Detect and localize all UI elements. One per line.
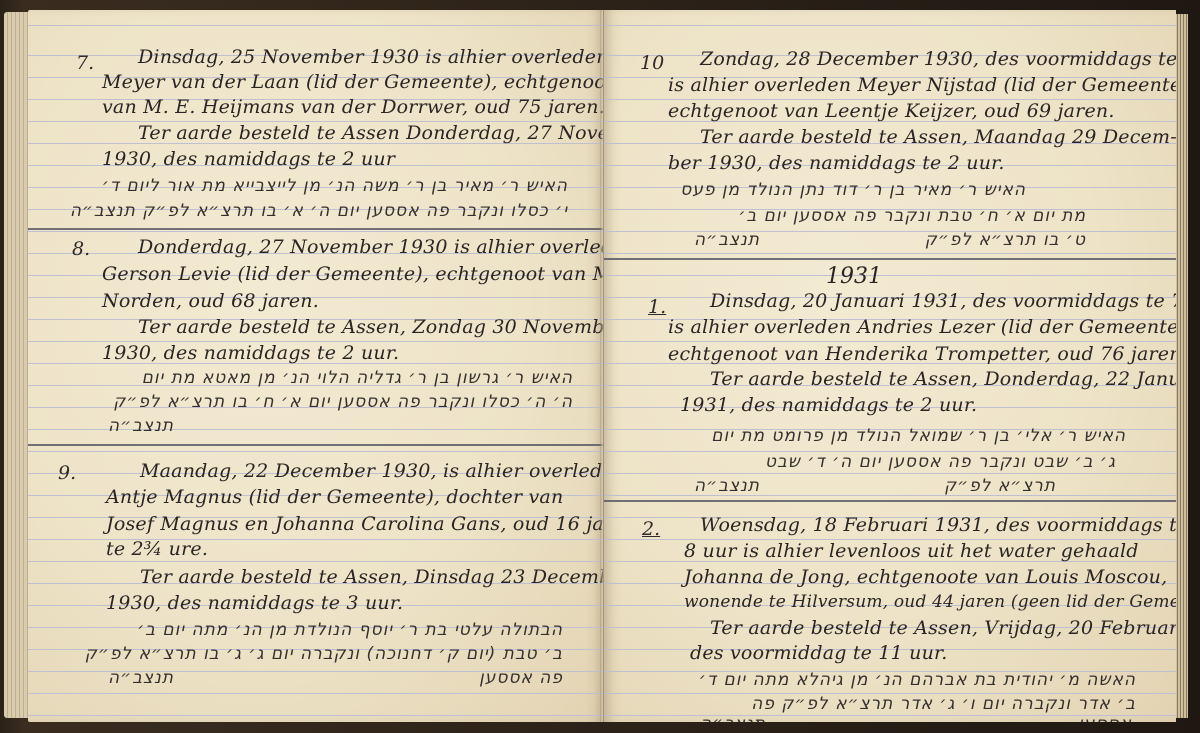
hebrew-line: ב׳ אדר ונקברה יום ו׳ ג׳ אדר תרצ״א לפ״ק פ… (751, 694, 1136, 714)
entry-line: 1930, des namiddags te 3 uur. (106, 592, 403, 614)
entry-line: Johanna de Jong, echtgenoote van Louis M… (684, 566, 1167, 588)
entry-line: echtgenoot van Leentje Keijzer, oud 69 j… (668, 100, 1115, 122)
entry-line: Dinsdag, 25 November 1930 is alhier over… (138, 46, 603, 68)
entry-line: Maandag, 22 December 1930, is alhier ove… (140, 460, 603, 482)
entry-divider (604, 258, 1176, 260)
entry-line: Ter aarde besteld te Assen Donderdag, 27… (138, 122, 603, 144)
hebrew-line: תנצב״ה (694, 476, 760, 496)
entry-line: Josef Magnus en Johanna Carolina Gans, o… (106, 513, 603, 535)
entry-line: Gerson Levie (lid der Gemeente), echtgen… (102, 263, 603, 285)
hebrew-line: תנצב״ה (700, 714, 766, 722)
entry-line: Norden, oud 68 jaren. (102, 290, 319, 312)
entry-number: 10 (640, 52, 664, 74)
entry-line: is alhier overleden Meyer Nijstad (lid d… (668, 74, 1176, 96)
hebrew-line: י׳ כסלו ונקבר פה אססען יום ה׳ א׳ בו תרצ״… (70, 201, 568, 221)
entry-line: Donderdag, 27 November 1930 is alhier ov… (138, 236, 603, 258)
entry-line: 1930, des namiddags te 2 uur. (102, 342, 399, 364)
hebrew-line: תנצב״ה (108, 668, 174, 688)
hebrew-line: אססען (1078, 714, 1132, 722)
hebrew-line: האיש ר׳ מאיר בן ר׳ דוד נתן הנולד מן פעס (680, 180, 1026, 200)
hebrew-line: האיש ר׳ גרשון בן ר׳ גדליה הלוי הנ׳ מן מא… (142, 368, 573, 388)
hebrew-line: פה אססען (479, 668, 563, 688)
entry-line: ber 1930, des namiddags te 2 uur. (668, 152, 1005, 174)
entry-line: echtgenoot van Henderika Trompetter, oud… (668, 343, 1176, 365)
entry-line: van M. E. Heijmans van der Dorrwer, oud … (102, 96, 603, 118)
hebrew-line: תנצב״ה (694, 230, 760, 250)
hebrew-line: תנצב״ה (108, 416, 174, 436)
hebrew-line: תרצ״א לפ״ק (944, 476, 1056, 496)
entry-line: Ter aarde besteld te Assen, Dinsdag 23 D… (140, 566, 603, 588)
left-page: 7. Dinsdag, 25 November 1930 is alhier o… (28, 10, 603, 722)
entry-number: 8. (72, 238, 90, 260)
right-page: 10 Zondag, 28 December 1930, des voormid… (604, 10, 1176, 722)
entry-number: 9. (58, 462, 76, 484)
hebrew-line: מת יום א׳ ח׳ טבת ונקבר פה אססען יום ב׳ (738, 206, 1086, 226)
entry-divider (28, 444, 603, 446)
entry-line: Ter aarde besteld te Assen, Maandag 29 D… (700, 126, 1176, 148)
entry-line: 1931, des namiddags te 2 uur. (680, 394, 977, 416)
entry-divider (28, 228, 603, 230)
entry-line: is alhier overleden Andries Lezer (lid d… (668, 316, 1176, 338)
hebrew-line: האשה מ׳ יהודית בת אברהם הנ׳ מן גיהלא מתה… (699, 670, 1136, 690)
hebrew-line: ה׳ ה׳ כסלו ונקבר פה אססען יום א׳ ח׳ בו ת… (113, 392, 573, 412)
entry-line: 8 uur is alhier levenloos uit het water … (684, 540, 1139, 562)
entry-line: Zondag, 28 December 1930, des voormiddag… (700, 48, 1176, 70)
entry-line: 1930, des namiddags te 2 uur (102, 148, 395, 170)
hebrew-line: ג׳ ב׳ שבט ונקבר פה אססען יום ה׳ ד׳ שבט (765, 452, 1116, 472)
entry-line: Ter aarde besteld te Assen, Donderdag, 2… (710, 368, 1176, 390)
year-heading: 1931 (826, 264, 882, 289)
hebrew-line: האיש ר׳ אלי׳ בן ר׳ שמואל הנולד מן פרומט … (711, 426, 1126, 446)
book-photo: 7. Dinsdag, 25 November 1930 is alhier o… (0, 0, 1200, 733)
entry-line: wonende te Hilversum, oud 44 jaren (geen… (684, 592, 1176, 612)
hebrew-line: האיש ר׳ מאיר בן ר׳ משה הנ׳ מן לייצבייא מ… (102, 176, 568, 196)
entry-line: Woensdag, 18 Februari 1931, des voormidd… (700, 514, 1176, 536)
entry-number: 7. (76, 52, 94, 74)
entry-line: te 2¾ ure. (106, 538, 208, 560)
entry-line: Meyer van der Laan (lid der Gemeente), e… (102, 71, 603, 93)
entry-line: Antje Magnus (lid der Gemeente), dochter… (106, 486, 563, 508)
entry-number: 1. (648, 296, 666, 318)
entry-number: 2. (642, 518, 660, 540)
entry-divider (604, 500, 1176, 502)
hebrew-line: הבתולה עלטי בת ר׳ יוסף הנולדת מן הנ׳ מתה… (137, 620, 563, 640)
entry-line: Dinsdag, 20 Januari 1931, des voormiddag… (710, 290, 1176, 312)
entry-line: Ter aarde besteld te Assen, Zondag 30 No… (138, 316, 603, 338)
hebrew-line: ב׳ טבת (יום ק׳ דחנוכה) ונקברה יום ג׳ ג׳ … (85, 644, 563, 664)
entry-line: Ter aarde besteld te Assen, Vrijdag, 20 … (710, 617, 1176, 639)
hebrew-line: ט׳ בו תרצ״א לפ״ק (925, 230, 1086, 250)
entry-line: des voormiddag te 11 uur. (690, 642, 947, 664)
